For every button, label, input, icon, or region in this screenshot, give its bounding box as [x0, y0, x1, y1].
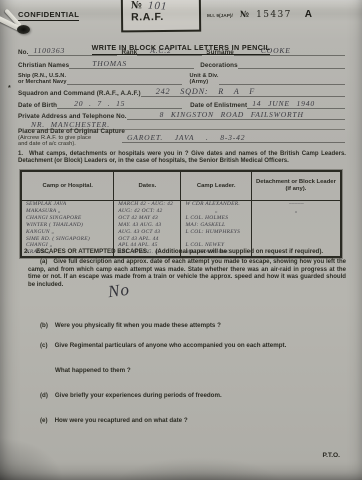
address-field-line1: 8 KINGSTON ROAD FAILSWORTH	[127, 110, 345, 120]
dob-value: 20 . 7 . 15	[74, 99, 125, 108]
form-row-squadron: Squadron and Command (R.A.F., A.A.F.) 24…	[18, 87, 345, 97]
table-header-row: Camp or Hospital. Dates. Camp Leader. De…	[21, 171, 341, 201]
no-label: No.	[18, 49, 28, 56]
ref-no-value: 15437	[256, 10, 292, 20]
question-2e-text: How were you recaptured and on what date…	[55, 417, 188, 424]
question-2d-text: Give briefly your experiences during per…	[55, 392, 222, 399]
surname-value: COOKE	[261, 46, 291, 55]
question-2c: (c)Give Regimental particulars of anyone…	[40, 342, 346, 349]
stamp-org-label: R.A.F.	[131, 11, 193, 24]
ship-label-line2: or Merchant Navy	[18, 79, 67, 85]
col-header-detachment: Detachment or Block Leader (if any).	[251, 171, 341, 201]
question-1-number: 1.	[18, 151, 23, 157]
form-row-dob-enlistment: Date of Birth 20 . 7 . 15 Date of Enlist…	[18, 99, 345, 109]
capture-label-line1: Place and Date of Original Capture	[18, 128, 122, 135]
question-1: 1.What camps, detachments or hospitals w…	[18, 151, 346, 166]
surname-label: Surname	[206, 49, 234, 56]
capture-label-line3: and date of a/c crash).	[18, 141, 122, 147]
christian-names-field: THOMAS	[69, 59, 194, 69]
unit-label-line2: (Army)	[190, 79, 219, 85]
question-2-heading: 2.ESCAPES OR ATTEMPTED ESCAPES. (Additio…	[24, 248, 346, 255]
question-2-title: ESCAPES OR ATTEMPTED ESCAPES.	[36, 248, 148, 255]
ref-suffix: A	[305, 9, 312, 20]
form-row-ship-unit: Ship (R.N., U.S.N. or Merchant Navy Unit…	[18, 71, 345, 85]
squadron-value: 242 SQDN: R A F	[156, 87, 255, 96]
question-2d-label: (d)	[40, 392, 48, 399]
table-row: SEMPLAK JAVA MARCH 42 - AUG: 42 W CDR AL…	[21, 201, 341, 208]
christian-names-value: THOMAS	[92, 59, 127, 68]
form-row-names-decorations: Christian Names THOMAS Decorations	[18, 59, 345, 69]
pow-questionnaire-form: CONFIDENTIAL № 101 R.A.F. M.I. 9(JAP)/ №…	[0, 0, 362, 480]
col-header-camp: Camp or Hospital.	[21, 171, 114, 201]
enlistment-value: 14 JUNE 1940	[252, 99, 315, 108]
question-2-number: 2.	[24, 248, 29, 255]
address-value-line1: 8 KINGSTON ROAD FAILSWORTH	[160, 110, 304, 119]
enlistment-field: 14 JUNE 1940	[247, 99, 345, 109]
question-2b: (b)Were you physically fit when you made…	[40, 322, 346, 329]
question-2c-label: (c)	[40, 342, 48, 349]
col-header-leader: Camp Leader.	[181, 171, 251, 201]
rank-value: A.C.2	[150, 46, 171, 55]
question-2c-followup: What happened to them ?	[55, 367, 346, 374]
handwritten-answer-no: No	[107, 280, 131, 303]
table-row: WINTER ( THAILAND) MAY. 43 AUG. 43 MAJ: …	[21, 222, 341, 229]
rank-field: A.C.2	[137, 46, 202, 56]
table-row: CHANGI SINGAPORE OCT 42 MAY 43 L COL. HO…	[21, 215, 341, 222]
question-2b-text: Were you physically fit when you made th…	[55, 322, 221, 329]
no-field: 1100363	[28, 46, 117, 56]
pto-label: P.T.O.	[323, 452, 340, 459]
ref-no-label: №	[240, 10, 249, 20]
punch-hole	[17, 25, 30, 34]
table-row: SIME RD. ( SINGAPORE) OCT 43 APL. 44	[21, 236, 341, 243]
unit-field	[219, 75, 345, 85]
table-row: MAKASURA „ AUG: 42 OCT: 42 „ „	[21, 208, 341, 215]
squadron-field: 242 SQDN: R A F	[141, 87, 345, 97]
enlistment-label: Date of Enlistment	[190, 102, 247, 109]
stamp-no-value: 101	[147, 0, 167, 13]
question-2d: (d)Give briefly your experiences during …	[40, 392, 346, 399]
decorations-field	[238, 59, 345, 69]
question-2e-label: (e)	[40, 417, 48, 424]
decorations-label: Decorations	[200, 62, 238, 69]
question-2b-label: (b)	[40, 322, 48, 329]
question-2a-text: Give full description and approx. date o…	[28, 259, 346, 288]
question-2a: (a)Give full description and approx. dat…	[28, 259, 346, 289]
question-2c-text: Give Regimental particulars of anyone wh…	[55, 342, 287, 349]
question-2a-label: (a)	[40, 259, 47, 265]
squadron-label: Squadron and Command (R.A.F., A.A.F.)	[18, 90, 141, 97]
capture-value: GAROET. JAVA . 8-3-42	[127, 133, 245, 142]
file-reference: M.I. 9(JAP)/ № 15437 A	[207, 9, 312, 20]
dob-label: Date of Birth	[18, 102, 57, 109]
ref-prefix: M.I. 9(JAP)/	[207, 14, 233, 19]
leader-cell: L COL: HUMPHREYS	[185, 230, 247, 236]
dob-field: 20 . 7 . 15	[57, 99, 182, 109]
question-1-text: What camps, detachments or hospitals wer…	[18, 151, 346, 164]
question-2e: (e)How were you recaptured and on what d…	[40, 417, 346, 424]
col-header-dates: Dates.	[114, 171, 181, 201]
treasury-tag-fastener	[0, 12, 52, 44]
form-row-capture: Place and Date of Original Capture (Airc…	[18, 129, 345, 147]
rank-label: Rank	[121, 49, 137, 56]
no-value: 1100363	[33, 46, 65, 55]
form-row-number-rank-surname: No. 1100363 Rank A.C.2 Surname COOKE	[18, 46, 345, 56]
question-2-note: (Additional paper will be supplied on re…	[155, 248, 323, 255]
surname-field: COOKE	[234, 46, 345, 56]
stamp-no-label: №	[131, 0, 142, 11]
ship-field	[67, 75, 182, 85]
camp-history-table: Camp or Hospital. Dates. Camp Leader. De…	[20, 170, 342, 258]
squadron-footnote-marker: *	[8, 85, 11, 92]
registration-stamp: № 101 R.A.F.	[121, 0, 201, 32]
table-row: KANGUN „ AUG. 43 OCT 43 L COL: HUMPHREYS	[21, 229, 341, 236]
capture-field: GAROET. JAVA . 8-3-42	[122, 131, 345, 143]
christian-names-label: Christian Names	[18, 62, 69, 69]
form-row-address: Private Address and Telephone No. 8 KING…	[18, 110, 345, 120]
address-label: Private Address and Telephone No.	[18, 113, 127, 120]
